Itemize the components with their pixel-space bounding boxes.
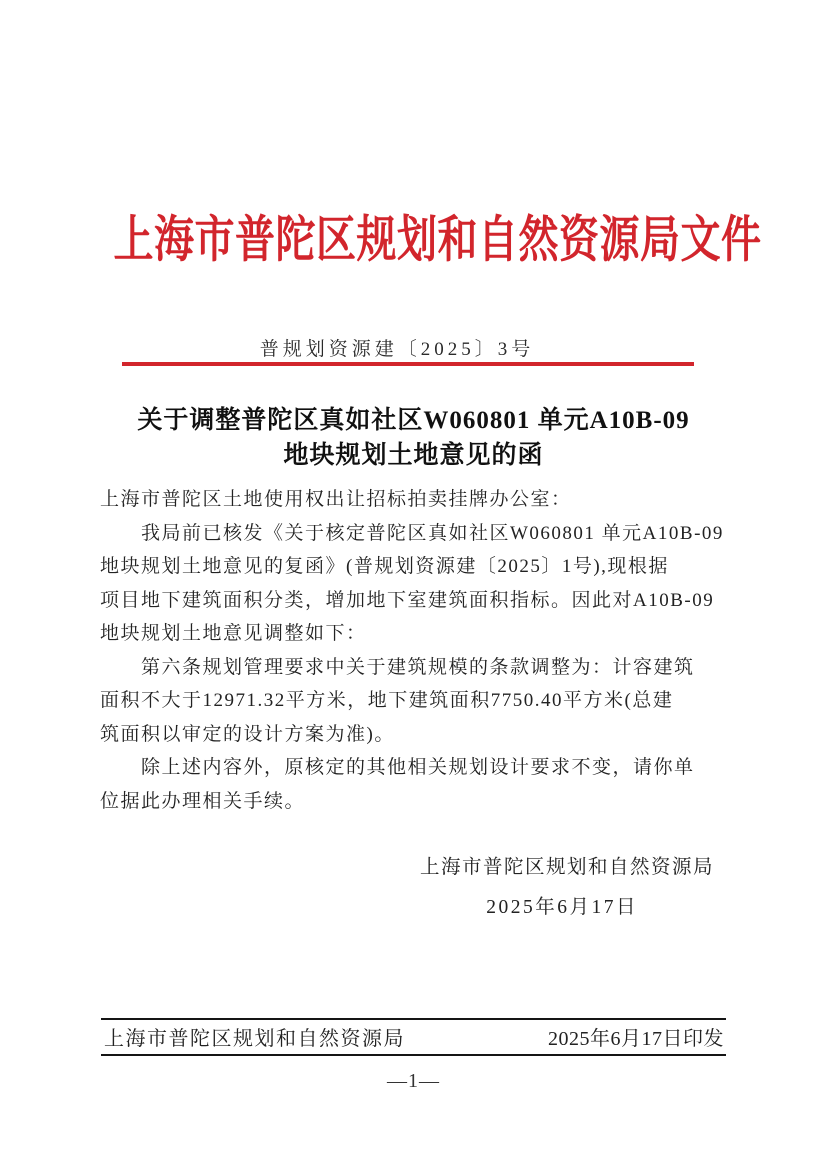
body-paragraph-1: 我局前已核发《关于核定普陀区真如社区W060801 单元A10B-09 地块规划… <box>100 517 740 651</box>
page-number: —1— <box>0 1070 827 1093</box>
salutation-line: 上海市普陀区土地使用权出让招标拍卖挂牌办公室： <box>100 483 740 517</box>
colophon-bar: 上海市普陀区规划和自然资源局 2025年6月17日印发 <box>101 1018 726 1056</box>
letterhead-title: 上海市普陀区规划和自然资源局文件 <box>24 200 827 271</box>
colophon-print-date: 2025年6月17日印发 <box>548 1022 724 1051</box>
document-title: 关于调整普陀区真如社区W060801 单元A10B-09 地块规划土地意见的函 <box>100 403 727 473</box>
letterhead-divider-rule <box>122 362 694 366</box>
body-paragraph-2: 第六条规划管理要求中关于建筑规模的条款调整为：计容建筑 面积不大于12971.3… <box>100 651 740 752</box>
signature-issuer: 上海市普陀区规划和自然资源局 <box>100 851 727 884</box>
colophon-issuer: 上海市普陀区规划和自然资源局 <box>104 1022 405 1051</box>
body-paragraph-3: 除上述内容外，原核定的其他相关规划设计要求不变，请你单 位据此办理相关手续。 <box>100 751 740 818</box>
document-page: 上海市普陀区规划和自然资源局文件 普规划资源建〔2025〕3号 关于调整普陀区真… <box>0 0 827 1170</box>
document-body: 上海市普陀区土地使用权出让招标拍卖挂牌办公室： 我局前已核发《关于核定普陀区真如… <box>100 483 740 818</box>
signature-date: 2025年6月17日 <box>100 891 727 924</box>
document-number: 普规划资源建〔2025〕3号 <box>100 334 694 361</box>
